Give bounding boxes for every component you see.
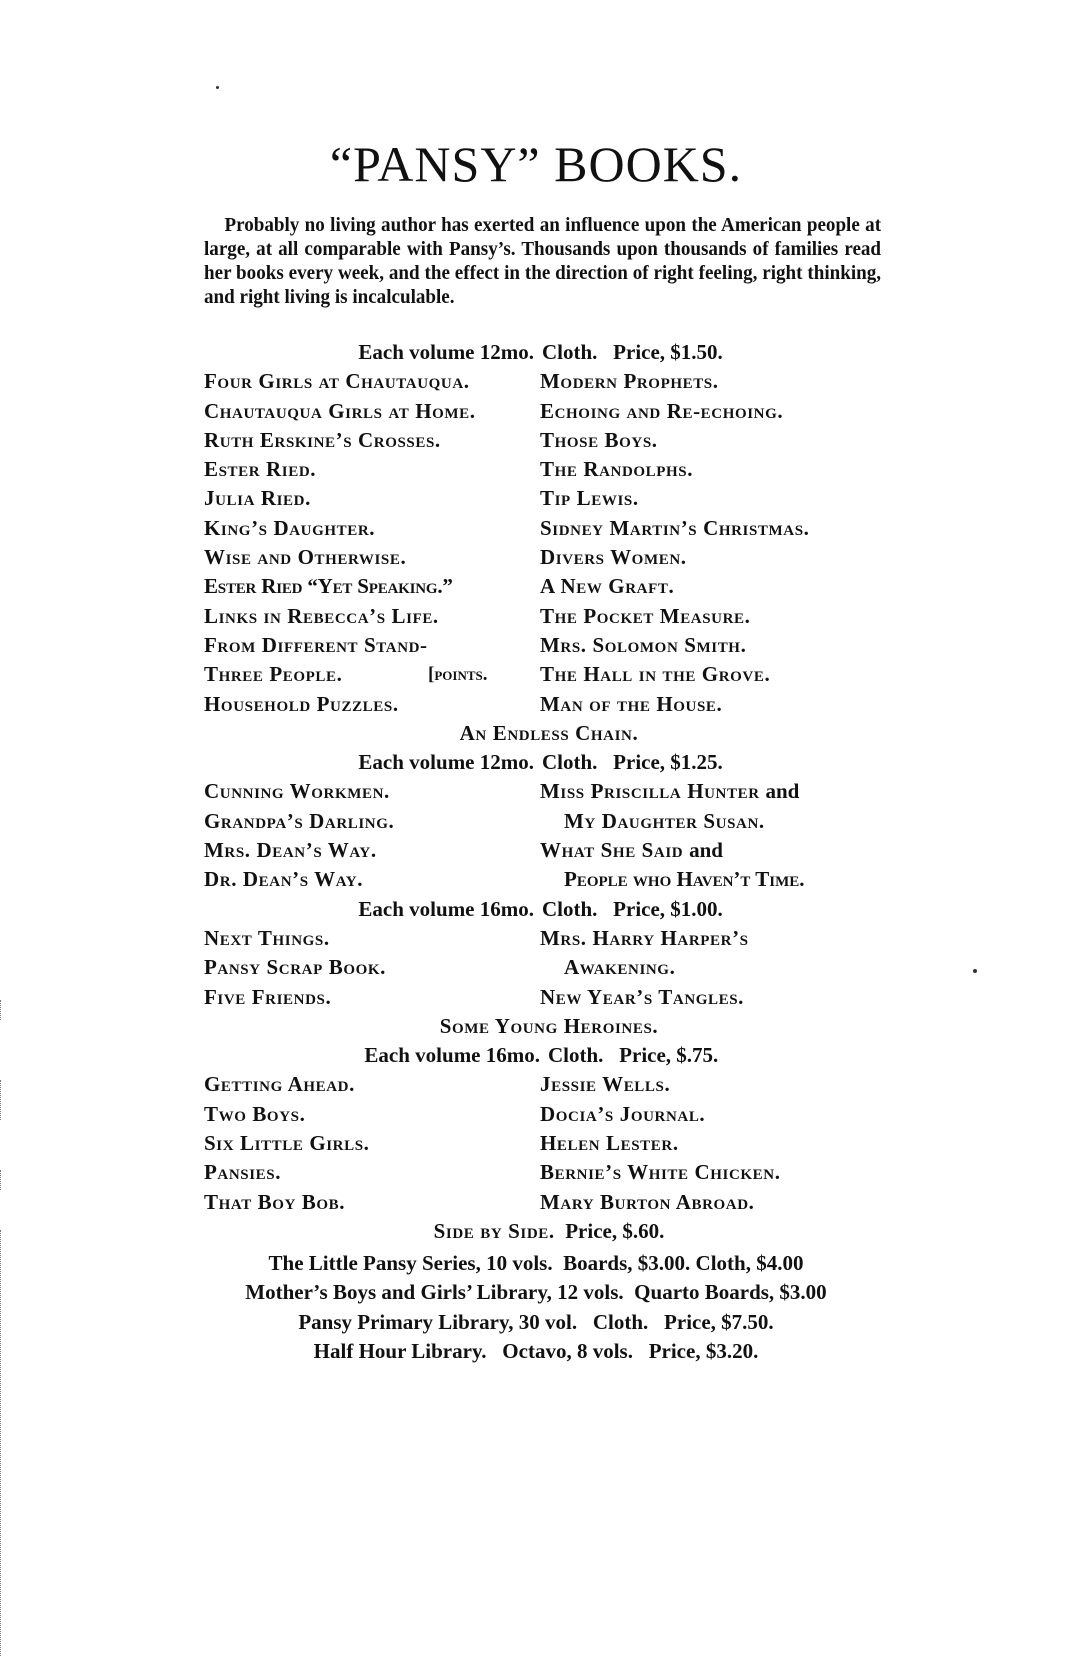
book-title: Five Friends. [204,983,331,1012]
book-title-line: What She Said and [540,836,723,865]
book-title: Pansies. [204,1158,281,1187]
book-row: Ruth Erskine’s Crosses. Those Boys. [204,426,894,455]
book-row: Two Boys. Docia’s Journal. [204,1100,894,1129]
book-title: Household Puzzles. [204,690,399,719]
centered-book-row: An Endless Chain. [204,719,894,748]
footer-list: The Little Pansy Series, 10 vols. Boards… [0,1249,1072,1366]
volume-price-line: Each volume 12mo. Cloth. Price, $1.50. [204,338,894,367]
book-row: Ester Ried. The Randolphs. [204,455,894,484]
volume-format: Each volume 16mo. [358,895,534,924]
conjunction: and [689,838,723,862]
book-title: Tip Lewis. [540,484,639,513]
book-title: Links in Rebecca’s Life. [204,602,439,631]
volume-price: Cloth. Price, $1.00. [542,895,723,924]
centered-book-row: Some Young Heroines. [204,1012,894,1041]
page-edge-mark [0,1000,4,1020]
book-row: Pansy Scrap Book. Awakening. [204,953,894,982]
library-line: Half Hour Library. Octavo, 8 vols. Price… [0,1337,1072,1366]
book-title: Man of the House. [540,690,722,719]
book-title: Mrs. Dean’s Way. [204,836,377,865]
centered-book-row: Side by Side. Price, $.60. [204,1217,894,1246]
volume-price-line: Each volume 12mo. Cloth. Price, $1.25. [204,748,894,777]
book-row: From Different Stand- Mrs. Solomon Smith… [204,631,894,660]
book-row: Chautauqua Girls at Home. Echoing and Re… [204,397,894,426]
book-title: Julia Ried. [204,484,311,513]
title-continuation: [points. [428,660,487,689]
book-title: People who Haven’t Time. [564,865,805,894]
book-title: The Hall in the Grove. [540,660,770,689]
book-title: Sidney Martin’s Christmas. [540,514,810,543]
book-row: Household Puzzles. Man of the House. [204,690,894,719]
book-row: Four Girls at Chautauqua. Modern Prophet… [204,367,894,396]
book-title: Three People. [204,660,343,689]
book-title: Echoing and Re-echoing. [540,397,783,426]
book-title: A New Graft. [540,572,674,601]
book-row: Pansies. Bernie’s White Chicken. [204,1158,894,1187]
book-row: Mrs. Dean’s Way. What She Said and [204,836,894,865]
book-title: Dr. Dean’s Way. [204,865,363,894]
book-title: Side by Side. [434,1219,555,1243]
page-edge-mark [0,1080,4,1120]
volume-format: Each volume 16mo. [364,1041,540,1070]
book-price: Price, $.60. [565,1219,664,1243]
book-row: Five Friends. New Year’s Tangles. [204,983,894,1012]
book-title: Cunning Workmen. [204,777,390,806]
scan-speck [216,86,219,89]
book-title: Six Little Girls. [204,1129,370,1158]
book-title: Bernie’s White Chicken. [540,1158,781,1187]
scanned-page: “PANSY” BOOKS. Probably no living author… [0,0,1072,1657]
book-title: Grandpa’s Darling. [204,807,394,836]
book-title: Two Boys. [204,1100,305,1129]
book-row: Grandpa’s Darling. My Daughter Susan. [204,807,894,836]
book-title: Pansy Scrap Book. [204,953,386,982]
book-title: New Year’s Tangles. [540,983,744,1012]
book-title: Mrs. Solomon Smith. [540,631,746,660]
book-row: Getting Ahead. Jessie Wells. [204,1070,894,1099]
book-row: Cunning Workmen. Miss Priscilla Hunter a… [204,777,894,806]
book-title-line: Miss Priscilla Hunter and [540,777,799,806]
centered-line: Side by Side. Price, $.60. [204,1217,894,1246]
book-row: Julia Ried. Tip Lewis. [204,484,894,513]
book-title: My Daughter Susan. [564,807,765,836]
book-title: Awakening. [564,953,675,982]
volume-price-line: Each volume 16mo. Cloth. Price, $1.00. [204,895,894,924]
library-line: Pansy Primary Library, 30 vol. Cloth. Pr… [0,1308,1072,1337]
book-title: Ester Ried “Yet Speaking.” [204,572,453,601]
book-row: Dr. Dean’s Way. People who Haven’t Time. [204,865,894,894]
book-row: Three People. [points. The Hall in the G… [204,660,894,689]
book-title: Chautauqua Girls at Home. [204,397,476,426]
book-title: Helen Lester. [540,1129,679,1158]
book-title: Jessie Wells. [540,1070,670,1099]
book-title: Getting Ahead. [204,1070,355,1099]
volume-price: Cloth. Price, $1.25. [542,748,723,777]
volume-format: Each volume 12mo. [358,748,534,777]
book-row: King’s Daughter. Sidney Martin’s Christm… [204,514,894,543]
book-title: Miss Priscilla Hunter [540,779,760,803]
book-title: King’s Daughter. [204,514,375,543]
book-title: An Endless Chain. [204,719,894,748]
book-title: Mrs. Harry Harper’s [540,924,749,953]
book-title: Four Girls at Chautauqua. [204,367,470,396]
book-title: From Different Stand- [204,631,428,660]
library-line: The Little Pansy Series, 10 vols. Boards… [0,1249,1072,1278]
book-title: Some Young Heroines. [204,1012,894,1041]
page-edge-mark [0,1170,4,1190]
volume-price: Cloth. Price, $.75. [548,1041,718,1070]
book-row: Six Little Girls. Helen Lester. [204,1129,894,1158]
book-title: Those Boys. [540,426,658,455]
book-title: What She Said [540,838,683,862]
book-title: The Pocket Measure. [540,602,751,631]
book-title: That Boy Bob. [204,1188,345,1217]
book-row: Links in Rebecca’s Life. The Pocket Meas… [204,602,894,631]
book-catalog: Each volume 12mo. Cloth. Price, $1.50. F… [204,338,894,1246]
book-title: Wise and Otherwise. [204,543,406,572]
volume-price: Cloth. Price, $1.50. [542,338,723,367]
library-line: Mother’s Boys and Girls’ Library, 12 vol… [0,1278,1072,1307]
book-row: That Boy Bob. Mary Burton Abroad. [204,1188,894,1217]
book-title: Next Things. [204,924,330,953]
book-title: Ruth Erskine’s Crosses. [204,426,441,455]
book-title: Mary Burton Abroad. [540,1188,755,1217]
book-row: Next Things. Mrs. Harry Harper’s [204,924,894,953]
book-title: Ester Ried. [204,455,316,484]
book-title: Modern Prophets. [540,367,719,396]
book-title: Divers Women. [540,543,687,572]
book-row: Wise and Otherwise. Divers Women. [204,543,894,572]
book-title: Docia’s Journal. [540,1100,705,1129]
conjunction: and [766,779,800,803]
book-row: Ester Ried “Yet Speaking.” A New Graft. [204,572,894,601]
volume-format: Each volume 12mo. [358,338,534,367]
page-title: “PANSY” BOOKS. [0,134,1072,194]
book-title: The Randolphs. [540,455,693,484]
scan-speck [973,969,977,973]
intro-paragraph: Probably no living author has exerted an… [204,213,881,309]
volume-price-line: Each volume 16mo. Cloth. Price, $.75. [204,1041,894,1070]
